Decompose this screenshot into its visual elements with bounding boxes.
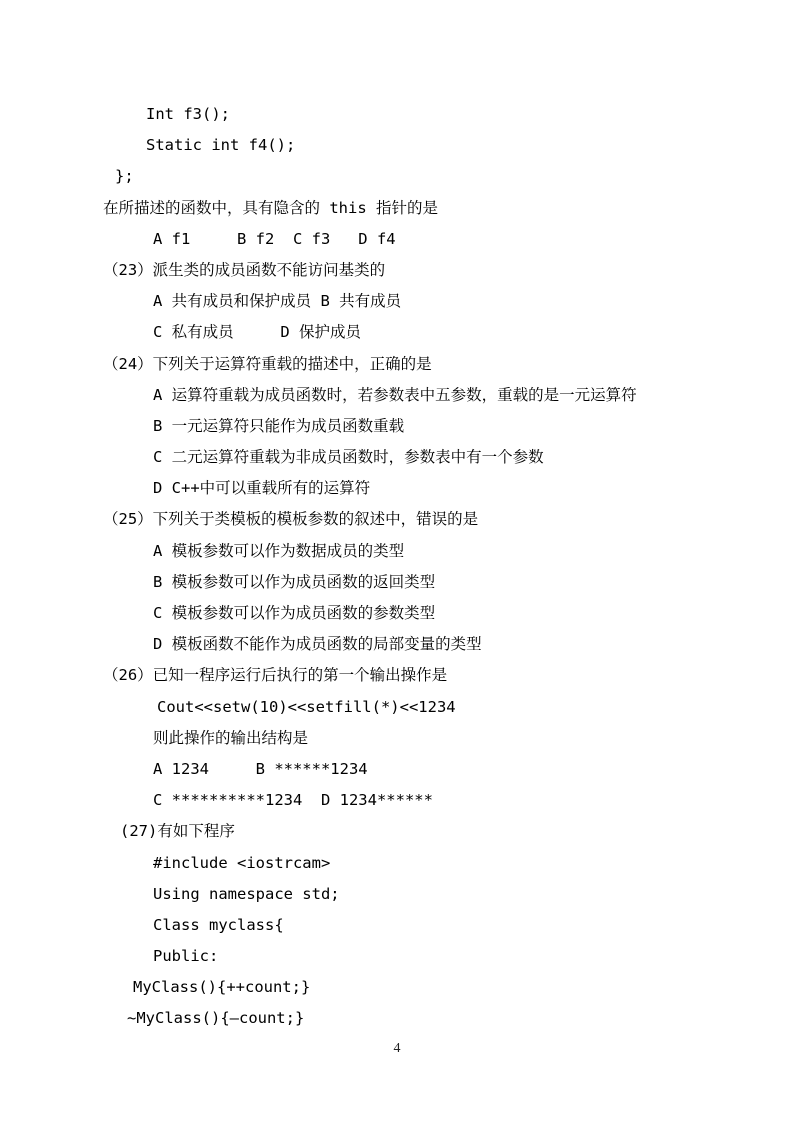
question-24-stem: （24）下列关于运算符重载的描述中，正确的是 [103,349,794,380]
question-27-code-using: Using namespace std; [153,879,794,910]
question-24-option-b: B 一元运算符只能作为成员函数重载 [153,411,794,442]
question-23-options-cd: C 私有成员 D 保护成员 [153,317,794,348]
question-25-option-c: C 模板参数可以作为成员函数的参数类型 [153,598,794,629]
question-25-option-a: A 模板参数可以作为数据成员的类型 [153,536,794,567]
question-26-prompt: 则此操作的输出结构是 [153,723,794,754]
question-27-code-class: Class myclass{ [153,910,794,941]
page-number: 4 [0,1041,794,1057]
code-line-int-f3: Int f3(); [146,99,794,130]
question-24-option-a: A 运算符重载为成员函数时，若参数表中五参数，重载的是一元运算符 [153,380,794,411]
question-26-options-ab: A 1234 B ******1234 [153,754,794,785]
code-line-closing-brace: }; [115,161,794,192]
question-25-stem: （25）下列关于类模板的模板参数的叙述中，错误的是 [103,504,794,535]
code-line-static-int-f4: Static int f4(); [146,130,794,161]
question-26-code: Cout<<setw(10)<<setfill(*)<<1234 [157,692,794,723]
question-27-code-constructor: MyClass(){++count;} [133,972,794,1003]
question-23-stem: （23）派生类的成员函数不能访问基类的 [103,255,794,286]
question-26-options-cd: C **********1234 D 1234****** [153,785,794,816]
question-27-code-public: Public: [153,941,794,972]
question-this-pointer-options: A f1 B f2 C f3 D f4 [153,224,794,255]
question-26-stem: （26）已知一程序运行后执行的第一个输出操作是 [103,660,794,691]
question-27-stem: (27)有如下程序 [120,816,794,847]
question-25-option-b: B 模板参数可以作为成员函数的返回类型 [153,567,794,598]
question-27-code-include: #include <iostrcam> [153,848,794,879]
question-24-option-d: D C++中可以重载所有的运算符 [153,473,794,504]
question-23-options-ab: A 共有成员和保护成员 B 共有成员 [153,286,794,317]
document-page: Int f3(); Static int f4(); }; 在所描述的函数中，具… [0,0,794,1123]
question-27-code-destructor: ~MyClass(){—count;} [127,1003,794,1034]
question-24-option-c: C 二元运算符重载为非成员函数时，参数表中有一个参数 [153,442,794,473]
question-25-option-d: D 模板函数不能作为成员函数的局部变量的类型 [153,629,794,660]
question-this-pointer-stem: 在所描述的函数中，具有隐含的 this 指针的是 [103,193,794,224]
